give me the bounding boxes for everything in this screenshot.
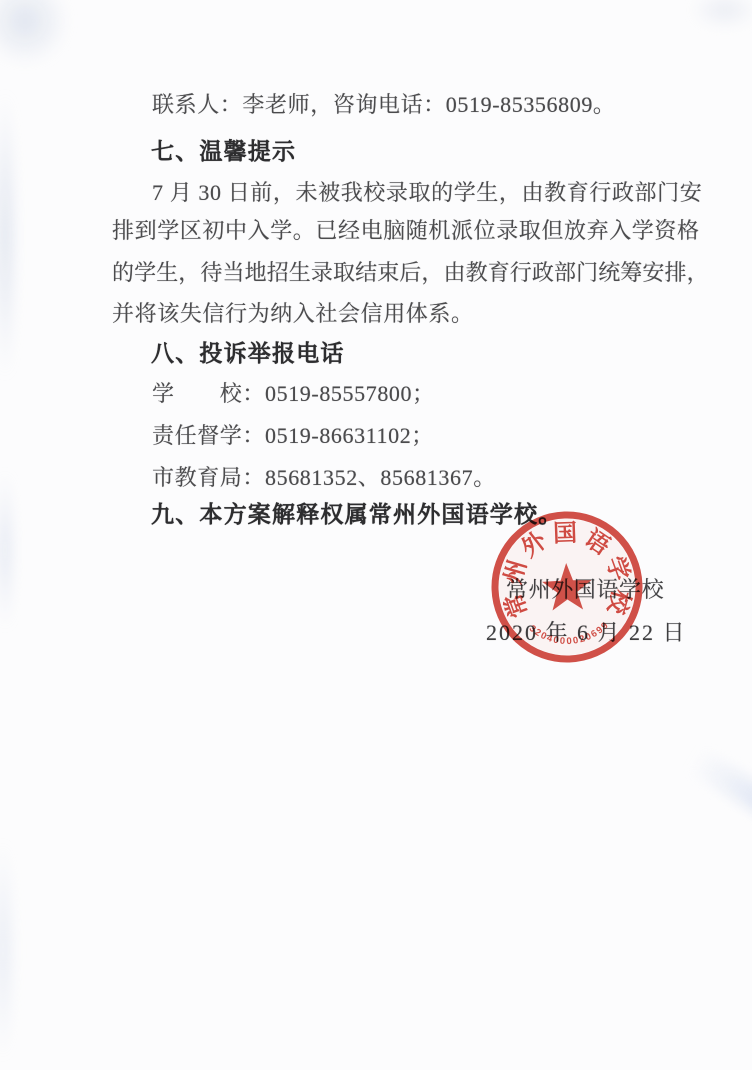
scan-smudge (0, 0, 70, 66)
section7-paragraph-line: 的学生，待当地招生录取结束后，由教育行政部门统筹安排， (112, 258, 709, 288)
section7-paragraph-line: 排到学区初中入学。已经电脑随机派位录取但放弃入学资格 (112, 216, 700, 246)
phone-line-supervisor: 责任督学：0519-86631102； (152, 421, 434, 451)
phone-line-education-bureau: 市教育局：85681352、85681367。 (152, 463, 496, 493)
scan-smudge (690, 0, 752, 30)
phone-line-school: 学 校：0519-85557800； (152, 379, 435, 409)
scan-smudge (0, 840, 16, 1060)
scan-smudge (0, 90, 18, 380)
scan-smudge (0, 470, 16, 630)
section7-paragraph-line: 并将该失信行为纳入社会信用体系。 (112, 299, 474, 329)
contact-line: 联系人：李老师，咨询电话：0519-85356809。 (152, 90, 616, 120)
scan-smudge (688, 748, 752, 818)
document-page: 联系人：李老师，咨询电话：0519-85356809。 七、温馨提示 7 月 3… (0, 0, 752, 1070)
official-seal: 常 州 外 国 语 学 校 3204000020699 (469, 489, 666, 686)
section8-heading: 八、投诉举报电话 (151, 338, 345, 368)
section7-heading: 七、温馨提示 (151, 136, 296, 166)
seal-char: 国 (553, 520, 578, 548)
section7-paragraph-line: 7 月 30 日前，未被我校录取的学生，由教育行政部门安 (152, 178, 702, 208)
